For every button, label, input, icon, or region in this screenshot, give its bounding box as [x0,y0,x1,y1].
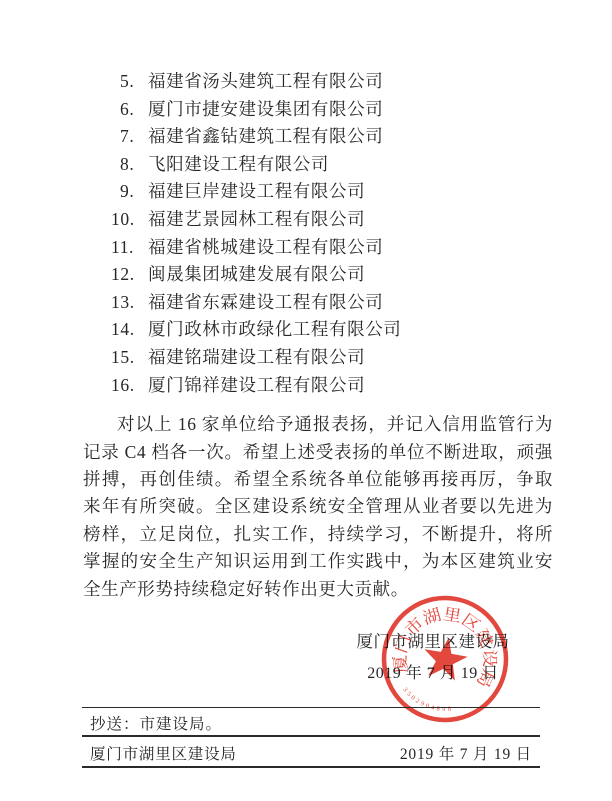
company-name: 厦门政林市政绿化工程有限公司 [148,319,401,339]
list-item-number: 6. [111,96,141,124]
company-name: 闽晟集团城建发展有限公司 [148,264,365,284]
list-item-number: 7. [111,123,141,151]
company-name: 福建巨岸建设工程有限公司 [148,181,365,201]
company-name: 福建艺景园林工程有限公司 [148,209,365,229]
company-name: 飞阳建设工程有限公司 [148,154,329,174]
company-name: 厦门市捷安建设集团有限公司 [148,99,383,119]
signature-agency: 厦门市湖里区建设局 [350,628,516,652]
issue-date: 2019 年 7 月 19 日 [400,742,532,764]
company-name: 厦门锦祥建设工程有限公司 [148,375,365,395]
list-item-number: 5. [111,68,141,96]
company-name: 福建省汤头建筑工程有限公司 [148,71,383,91]
document-page: 5.福建省汤头建筑工程有限公司 6.厦门市捷安建设集团有限公司 7.福建省鑫钻建… [0,0,612,801]
list-item: 13.福建省东霖建设工程有限公司 [111,289,553,317]
list-item: 14.厦门政林市政绿化工程有限公司 [111,316,553,344]
list-item-number: 13. [111,289,141,317]
list-item: 9.福建巨岸建设工程有限公司 [111,178,553,206]
list-item-number: 16. [111,372,141,400]
document-body: 5.福建省汤头建筑工程有限公司 6.厦门市捷安建设集团有限公司 7.福建省鑫钻建… [83,68,553,603]
footer-divider-bottom [82,766,540,768]
company-name: 福建铭瑞建设工程有限公司 [148,347,365,367]
company-name: 福建省桃城建设工程有限公司 [148,237,383,257]
list-item-number: 11. [111,234,141,262]
list-item-number: 10. [111,206,141,234]
commendation-paragraph: 对以上 16 家单位给予通报表扬，并记入信用监管行为记录 C4 档各一次。希望上… [83,411,553,603]
list-item-number: 14. [111,316,141,344]
issuer-line: 厦门市湖里区建设局 2019 年 7 月 19 日 [82,741,540,765]
list-item: 7.福建省鑫钻建筑工程有限公司 [111,123,553,151]
list-item-number: 15. [111,344,141,372]
list-item: 8.飞阳建设工程有限公司 [111,151,553,179]
list-item-number: 8. [111,151,141,179]
list-item: 15.福建铭瑞建设工程有限公司 [111,344,553,372]
cc-line: 抄送：市建设局。 [90,712,222,734]
seal-serial-number: 3502904898 [399,686,457,716]
list-item-number: 12. [111,261,141,289]
commended-company-list: 5.福建省汤头建筑工程有限公司 6.厦门市捷安建设集团有限公司 7.福建省鑫钻建… [111,68,553,399]
footer-divider-middle [82,735,540,737]
company-name: 福建省鑫钻建筑工程有限公司 [148,126,383,146]
list-item: 12.闽晟集团城建发展有限公司 [111,261,553,289]
signature-block: 厦门市湖里区建设局 2019 年 7 月 19 日 [350,628,516,683]
list-item: 16.厦门锦祥建设工程有限公司 [111,372,553,400]
company-name: 福建省东霖建设工程有限公司 [148,292,383,312]
list-item: 11.福建省桃城建设工程有限公司 [111,234,553,262]
list-item-number: 9. [111,178,141,206]
list-item: 5.福建省汤头建筑工程有限公司 [111,68,553,96]
footer-divider-top [82,707,540,708]
list-item: 10.福建艺景园林工程有限公司 [111,206,553,234]
list-item: 6.厦门市捷安建设集团有限公司 [111,96,553,124]
signature-date: 2019 年 7 月 19 日 [350,660,516,683]
issuer-agency: 厦门市湖里区建设局 [90,742,237,764]
